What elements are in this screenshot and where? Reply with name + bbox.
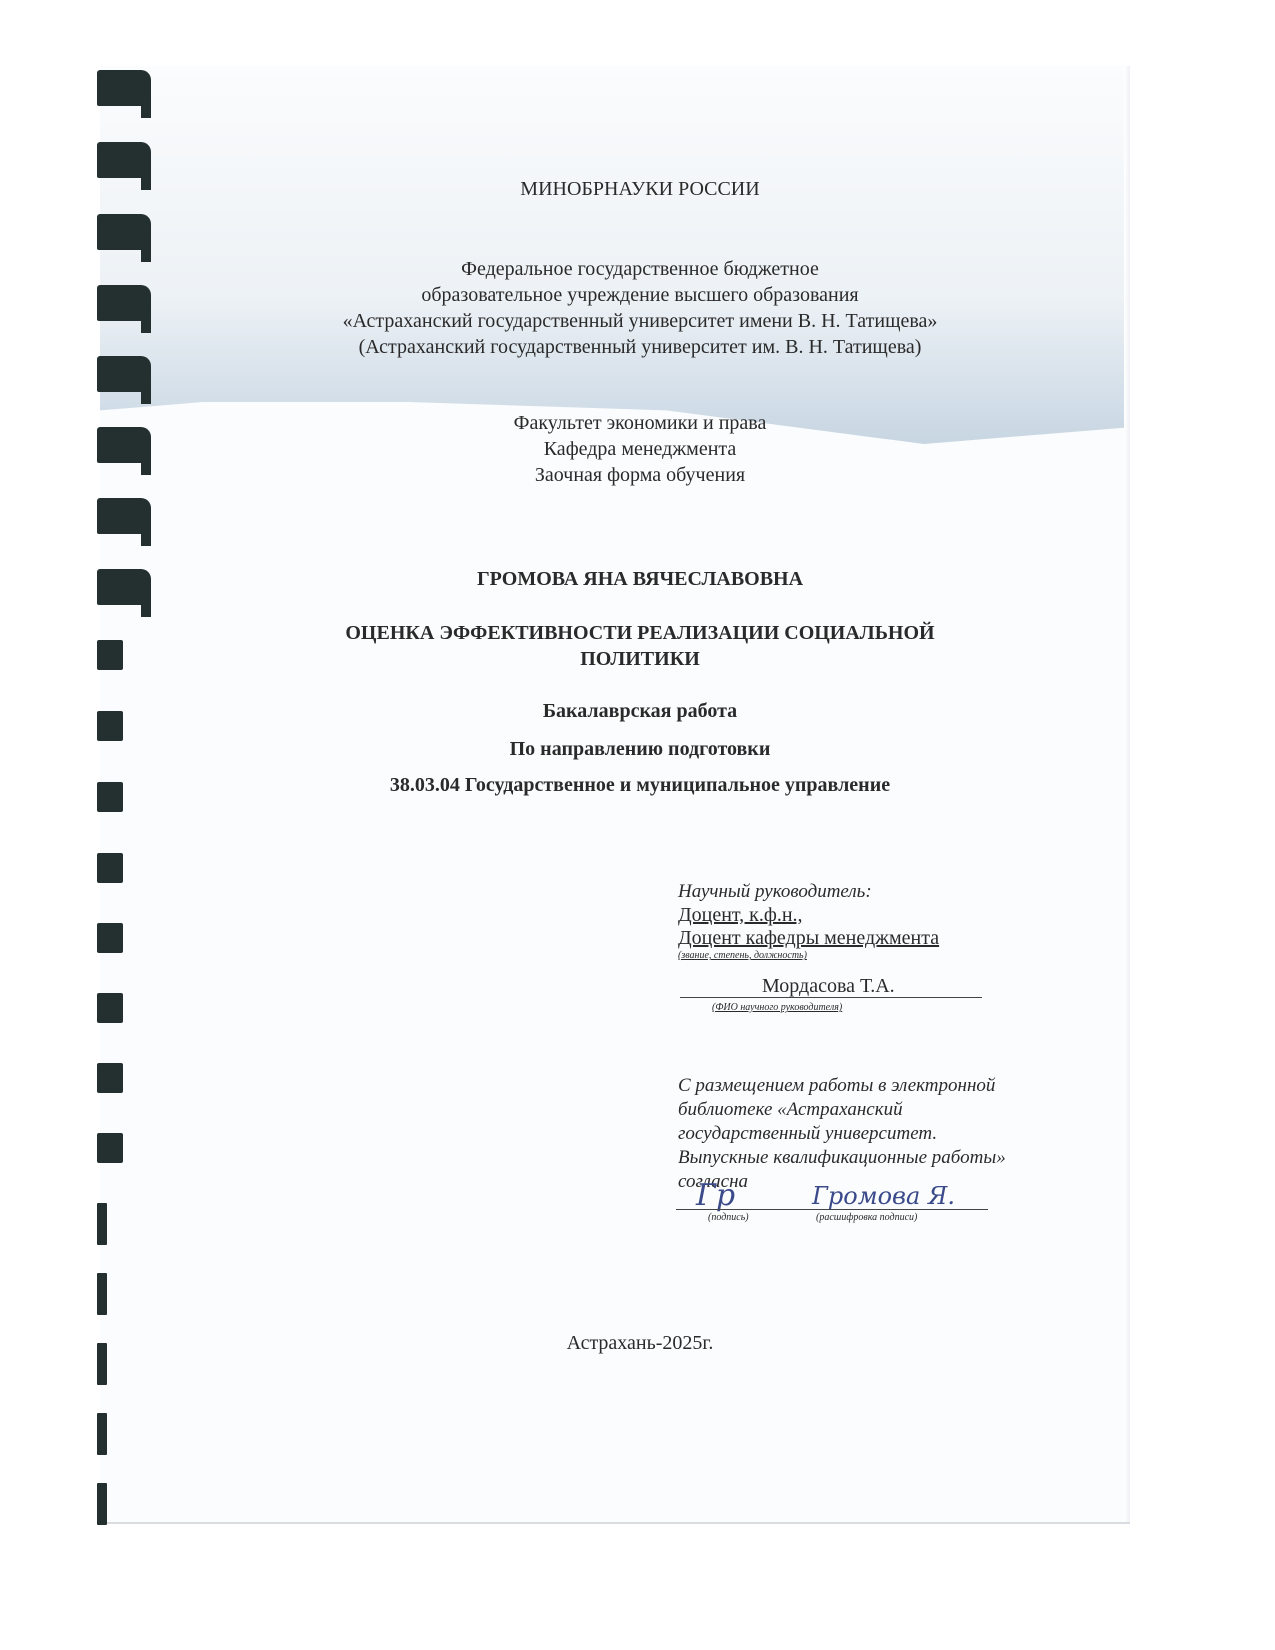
- study-form: Заочная форма обучения: [100, 462, 1180, 488]
- binding-ring: [97, 1063, 123, 1093]
- thesis-title-line: ПОЛИТИКИ: [100, 646, 1180, 672]
- binding-ring: [97, 993, 123, 1023]
- supervisor-rank: Доцент, к.ф.н.,: [678, 904, 939, 927]
- consent-line: государственный университет.: [678, 1122, 1006, 1146]
- binding-ring: [97, 142, 151, 178]
- city-year: Астрахань-2025г.: [100, 1330, 1180, 1356]
- binding-ring: [97, 853, 123, 883]
- handwritten-signature-name: Громова Я.: [812, 1182, 955, 1210]
- signature-line: [676, 1209, 988, 1210]
- signature-caption: (подпись): [708, 1212, 749, 1224]
- supervisor-block: Научный руководитель: Доцент, к.ф.н., До…: [678, 880, 939, 962]
- institution-block: Федеральное государственное бюджетное об…: [100, 256, 1180, 360]
- ministry-heading: МИНОБРНАУКИ РОССИИ: [100, 176, 1180, 202]
- institution-line: Федеральное государственное бюджетное: [100, 256, 1180, 282]
- binding-ring: [97, 1413, 107, 1455]
- page-bottom-edge: [100, 1522, 1130, 1524]
- direction-label: По направлению подготовки: [100, 736, 1180, 762]
- consent-line: Выпускные квалификационные работы»: [678, 1146, 1006, 1170]
- thesis-title-line: ОЦЕНКА ЭФФЕКТИВНОСТИ РЕАЛИЗАЦИИ СОЦИАЛЬН…: [100, 620, 1180, 646]
- supervisor-position: Доцент кафедры менеджмента: [678, 927, 939, 950]
- work-type: Бакалаврская работа: [100, 698, 1180, 724]
- handwritten-signature: Гр: [696, 1178, 735, 1213]
- consent-line: С размещением работы в электронной: [678, 1074, 1006, 1098]
- faculty: Факультет экономики и права: [100, 410, 1180, 436]
- binding-ring: [97, 214, 151, 250]
- direction: 38.03.04 Государственное и муниципальное…: [100, 772, 1180, 798]
- institution-line: образовательное учреждение высшего образ…: [100, 282, 1180, 308]
- binding-ring: [97, 1133, 123, 1163]
- thesis-title: ОЦЕНКА ЭФФЕКТИВНОСТИ РЕАЛИЗАЦИИ СОЦИАЛЬН…: [100, 620, 1180, 672]
- department: Кафедра менеджмента: [100, 436, 1180, 462]
- binding-ring: [97, 923, 123, 953]
- binding-ring: [97, 70, 151, 106]
- supervisor-name-caption: (ФИО научного руководителя): [712, 1002, 842, 1014]
- consent-line: библиотеке «Астраханский: [678, 1098, 1006, 1122]
- institution-line: «Астраханский государственный университе…: [100, 308, 1180, 334]
- faculty-block: Факультет экономики и права Кафедра мене…: [100, 410, 1180, 488]
- author-name: ГРОМОВА ЯНА ВЯЧЕСЛАВОВНА: [100, 566, 1180, 592]
- supervisor-name: Мордасова Т.А.: [762, 975, 895, 998]
- binding-ring: [97, 1273, 107, 1315]
- consent-block: С размещением работы в электронной библи…: [678, 1074, 1006, 1194]
- position-caption: (звание, степень, должность): [678, 950, 939, 962]
- binding-ring: [97, 1203, 107, 1245]
- binding-ring: [97, 1483, 107, 1525]
- binding-ring: [97, 356, 151, 392]
- decode-caption: (расшифровка подписи): [816, 1212, 917, 1224]
- supervisor-label: Научный руководитель:: [678, 880, 939, 904]
- institution-line: (Астраханский государственный университе…: [100, 334, 1180, 360]
- binding-ring: [97, 498, 151, 534]
- supervisor-name-line: [680, 997, 982, 998]
